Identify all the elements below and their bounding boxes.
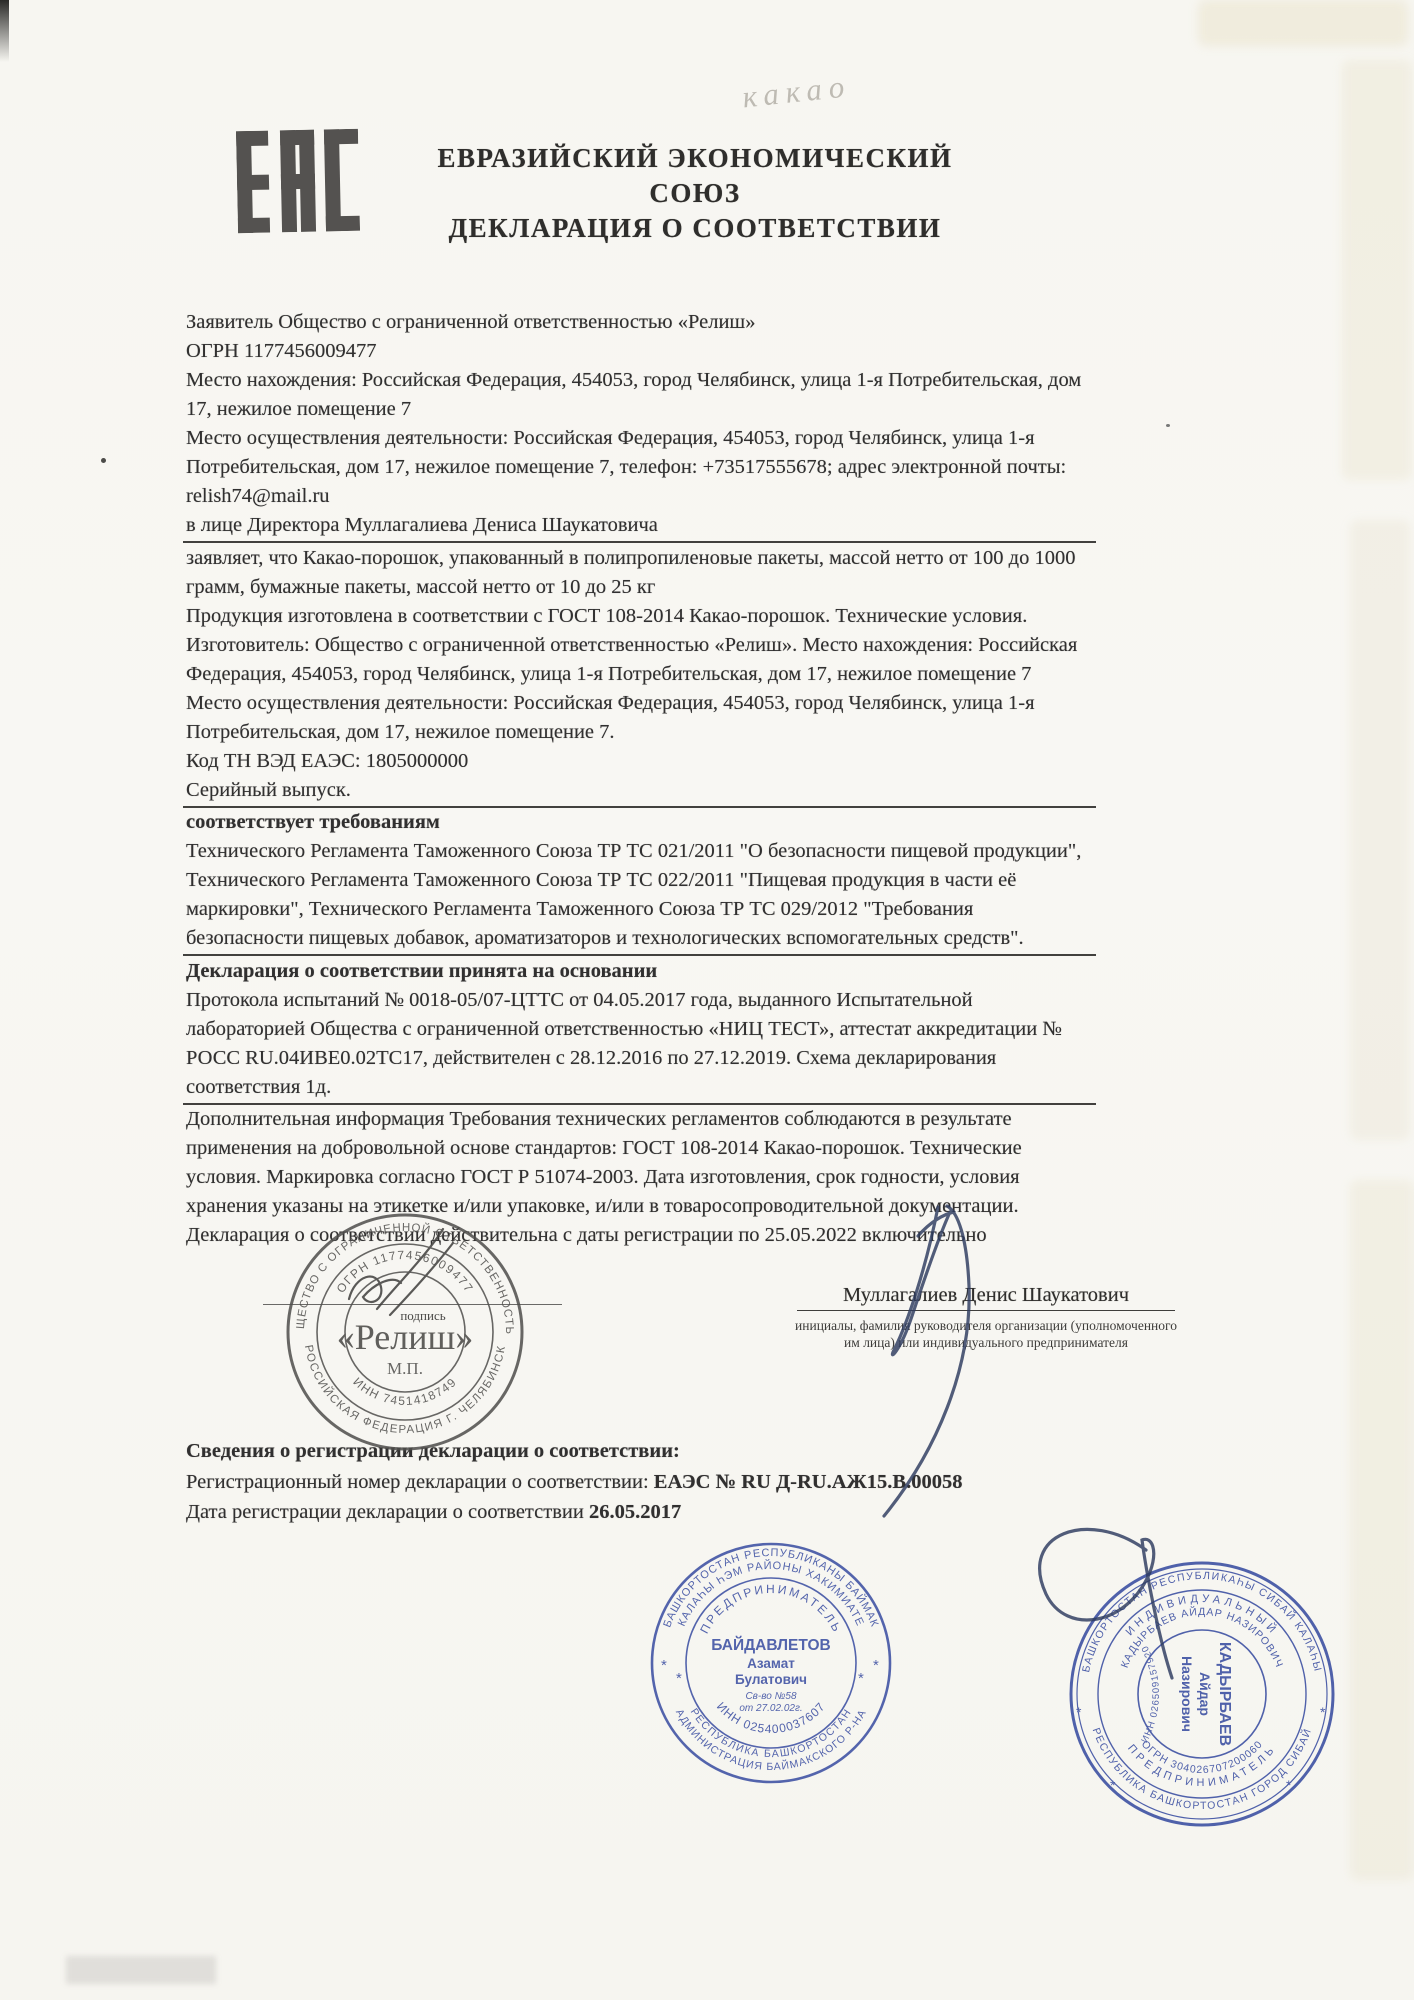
company-stamp-mp: М.П.: [387, 1359, 423, 1378]
location-paragraph: Место нахождения: Российская Федерация, …: [186, 366, 1083, 424]
title-union: ЕВРАЗИЙСКИЙ ЭКОНОМИЧЕСКИЙ СОЮЗ: [392, 141, 998, 211]
star-separator: *: [873, 1657, 879, 1674]
svg-text:ПРЕДПРИНИМАТЕЛЬ: ПРЕДПРИНИМАТЕЛЬ: [697, 1582, 845, 1636]
registration-number-value: ЕАЭС № RU Д-RU.АЖ15.В.00058: [654, 1471, 963, 1493]
gost-line: Продукция изготовлена в соответствии с Г…: [186, 602, 1083, 631]
baymak-ring-inner-bottom: ИНН 025400037607: [714, 1699, 828, 1736]
star-separator: *: [1320, 1704, 1326, 1720]
entrepreneur-stamp-kadyrbaev: БАШКОРТОСТАН РЕСПУБЛИКАҺЫ СИБАЙ КАЛАҺЫ Р…: [1062, 1554, 1342, 1834]
bleedthrough-mark: [1350, 1180, 1414, 1880]
additional-info-paragraph: Дополнительная информация Требования тех…: [186, 1105, 1083, 1221]
svg-text:ИНН 026509157920: ИНН 026509157920: [1139, 1643, 1162, 1745]
sibay-ring-outer-bottom: РЕСПУБЛИКА БАШКОРТОСТАН ГОРОД СИБАЙ: [1090, 1726, 1315, 1812]
sibay-ring-outer-top: БАШКОРТОСТАН РЕСПУБЛИКАҺЫ СИБАЙ КАЛАҺЫ: [1080, 1570, 1324, 1674]
section-divider: [183, 1103, 1096, 1105]
company-stamp-ring-outer-bottom: РОССИЙСКАЯ ФЕДЕРАЦИЯ Г. ЧЕЛЯБИНСК: [302, 1344, 508, 1436]
eac-letter-c: [324, 129, 360, 232]
signature-line: [263, 1304, 562, 1305]
svg-text:РЕСПУБЛИКА БАШКОРТОСТАН: РЕСПУБЛИКА БАШКОРТОСТАН: [688, 1706, 855, 1760]
signature-caption: подпись: [383, 1308, 463, 1324]
baymak-center-cert1: Св-во №58: [745, 1691, 797, 1702]
sibay-center-surname: КАДЫРБАЕВ: [1216, 1642, 1233, 1746]
serial-line: Серийный выпуск.: [186, 776, 1083, 805]
registration-date-line: Дата регистрации декларации о соответств…: [186, 1497, 1146, 1528]
sibay-center-patronymic: Назирович: [1179, 1656, 1195, 1732]
baymak-center-firstname: Азамат: [747, 1656, 795, 1671]
baymak-ring-outer2-top: КАЛАҺЫ ҺЭМ РАЙОНЫ ХАКИМИАТЕ: [676, 1559, 866, 1628]
basis-heading: Декларация о соответствии принята на осн…: [186, 957, 1083, 986]
star-separator: *: [676, 1670, 682, 1687]
scan-smudge: [66, 1956, 216, 1984]
company-stamp-ring-inner-bottom: ИНН 7451418749: [350, 1375, 459, 1408]
star-separator: *: [858, 1670, 864, 1687]
product-paragraph: заявляет, что Какао-порошок, упакованный…: [186, 544, 1083, 602]
section-divider: [183, 954, 1096, 956]
sibay-ring-mid-bottom: ПРЕДПРИНИМАТЕЛЬ: [1125, 1742, 1279, 1789]
registration-date-label: Дата регистрации декларации о соответств…: [186, 1501, 589, 1523]
sibay-center-name-group: КАДЫРБАЕВ Айдар Назирович: [1179, 1642, 1233, 1746]
eac-letter-e: [236, 131, 270, 234]
svg-text:КАДЫРБАЕВ АЙДАР НАЗИРОВИЧ: КАДЫРБАЕВ АЙДАР НАЗИРОВИЧ: [1119, 1605, 1286, 1670]
scan-edge-artifact: [0, 0, 9, 62]
applicant-line: Заявитель Общество с ограниченной ответс…: [186, 308, 1083, 337]
sibay-ring-mid2-top: КАДЫРБАЕВ АЙДАР НАЗИРОВИЧ: [1119, 1605, 1286, 1670]
registration-number-label: Регистрационный номер декларации о соотв…: [186, 1471, 654, 1493]
document-title: ЕВРАЗИЙСКИЙ ЭКОНОМИЧЕСКИЙ СОЮЗ ДЕКЛАРАЦИ…: [392, 141, 998, 246]
entrepreneur-stamp-baydavletov: БАШКОРТОСТАН РЕСПУБЛИКАНЫ БАЙМАК АДМИНИС…: [645, 1537, 897, 1789]
svg-text:ИНН 025400037607: ИНН 025400037607: [714, 1699, 828, 1736]
baymak-ring-outer-bottom: АДМИНИСТРАЦИЯ БАЙМАКСКОГО Р-НА: [673, 1707, 869, 1773]
svg-text:ИНН 7451418749: ИНН 7451418749: [350, 1375, 459, 1408]
title-declaration: ДЕКЛАРАЦИЯ О СООТВЕТСТВИИ: [392, 211, 998, 246]
star-separator: *: [1286, 1777, 1292, 1793]
sibay-ring-mid2-bottom: ОГРН 304026707200060: [1139, 1738, 1266, 1776]
sibay-ring-side-inn: ИНН 026509157920: [1139, 1643, 1162, 1745]
star-separator: *: [1076, 1704, 1082, 1720]
eac-mark-icon: [236, 129, 360, 234]
svg-text:РОССИЙСКАЯ ФЕДЕРАЦИЯ Г. ЧЕЛЯБИ: РОССИЙСКАЯ ФЕДЕРАЦИЯ Г. ЧЕЛЯБИНСК: [302, 1344, 508, 1436]
baymak-ring-outer-top: БАШКОРТОСТАН РЕСПУБЛИКАНЫ БАЙМАК: [661, 1547, 880, 1629]
sibay-ring-mid-top: ИНДИВИДУАЛЬНЫЙ: [1124, 1593, 1282, 1638]
regulations-paragraph: Технического Регламента Таможенного Союз…: [186, 837, 1083, 953]
scanned-declaration-page: какао ЕВРАЗИЙСКИЙ ЭКОНОМИЧЕСКИЙ СОЮЗ ДЕК…: [0, 0, 1414, 2000]
basis-paragraph: Протокола испытаний № 0018-05/07-ЦТТС от…: [186, 986, 1083, 1102]
validity-line: Декларация о соответствии действительна …: [186, 1221, 1083, 1250]
svg-text:БАШКОРТОСТАН РЕСПУБЛИКАНЫ БАЙМ: БАШКОРТОСТАН РЕСПУБЛИКАНЫ БАЙМАК: [661, 1547, 880, 1629]
ogrn-line: ОГРН 1177456009477: [186, 337, 1083, 366]
section-divider: [183, 541, 1096, 543]
svg-text:ИНДИВИДУАЛЬНЫЙ: ИНДИВИДУАЛЬНЫЙ: [1124, 1593, 1282, 1638]
registration-block: Сведения о регистрации декларации о соот…: [186, 1436, 1146, 1528]
svg-text:БАШКОРТОСТАН РЕСПУБЛИКАҺЫ СИБА: БАШКОРТОСТАН РЕСПУБЛИКАҺЫ СИБАЙ КАЛАҺЫ: [1080, 1570, 1324, 1674]
registration-date-value: 26.05.2017: [589, 1501, 681, 1523]
star-separator: *: [661, 1657, 667, 1674]
section-divider: [183, 806, 1096, 808]
signer-caption-line1: инициалы, фамилия руководителя организац…: [740, 1318, 1232, 1335]
conforms-heading: соответствует требованиям: [186, 808, 1083, 837]
svg-text:ОГРН 304026707200060: ОГРН 304026707200060: [1139, 1738, 1266, 1776]
signer-caption: инициалы, фамилия руководителя организац…: [740, 1318, 1232, 1351]
star-separator: *: [1110, 1777, 1116, 1793]
eac-letter-a: [280, 130, 316, 233]
svg-text:КАЛАҺЫ ҺЭМ РАЙОНЫ ХАКИМИАТЕ: КАЛАҺЫ ҺЭМ РАЙОНЫ ХАКИМИАТЕ: [676, 1559, 866, 1628]
registration-heading: Сведения о регистрации декларации о соот…: [186, 1436, 1146, 1467]
baymak-center-surname: БАЙДАВЛЕТОВ: [711, 1636, 830, 1654]
manufacturer-paragraph: Изготовитель: Общество с ограниченной от…: [186, 631, 1083, 689]
baymak-ring-inner-top: ПРЕДПРИНИМАТЕЛЬ: [697, 1582, 845, 1636]
activity-paragraph: Место осуществления деятельности: Россий…: [186, 424, 1083, 511]
company-stamp-ring-inner-top: ОГРН 1177456009477: [334, 1248, 477, 1296]
manufacturer-activity-paragraph: Место осуществления деятельности: Россий…: [186, 689, 1083, 747]
signer-caption-line2: им лица) или индивидуального предпринима…: [740, 1335, 1232, 1352]
svg-text:РЕСПУБЛИКА БАШКОРТОСТАН ГОРОД: РЕСПУБЛИКА БАШКОРТОСТАН ГОРОД СИБАЙ: [1090, 1726, 1315, 1812]
handwritten-note: какао: [741, 57, 964, 116]
baymak-center-patronymic: Булатович: [735, 1672, 807, 1687]
bleedthrough-mark: [1350, 520, 1410, 1140]
svg-text:ОГРН 1177456009477: ОГРН 1177456009477: [334, 1248, 477, 1296]
sibay-center-firstname: Айдар: [1197, 1672, 1213, 1716]
baymak-center-cert2: от 27.02.02г.: [739, 1703, 802, 1714]
declaration-body: Заявитель Общество с ограниченной ответс…: [186, 308, 1083, 1250]
director-line: в лице Директора Муллагалиева Дениса Шау…: [186, 511, 1083, 540]
signer-name: Муллагалиев Денис Шаукатович: [797, 1284, 1175, 1311]
ink-speck: [101, 458, 106, 463]
ink-speck: [1166, 424, 1170, 427]
svg-text:ПРЕДПРИНИМАТЕЛЬ: ПРЕДПРИНИМАТЕЛЬ: [1125, 1742, 1279, 1789]
tnved-line: Код ТН ВЭД ЕАЭС: 1805000000: [186, 747, 1083, 776]
bleedthrough-mark: [1342, 60, 1412, 480]
svg-text:АДМИНИСТРАЦИЯ БАЙМАКСКОГО Р-НА: АДМИНИСТРАЦИЯ БАЙМАКСКОГО Р-НА: [673, 1707, 869, 1773]
bleedthrough-mark: [1198, 0, 1408, 46]
registration-number-line: Регистрационный номер декларации о соотв…: [186, 1467, 1146, 1498]
baymak-ring-outer2-bottom: РЕСПУБЛИКА БАШКОРТОСТАН: [688, 1706, 855, 1760]
